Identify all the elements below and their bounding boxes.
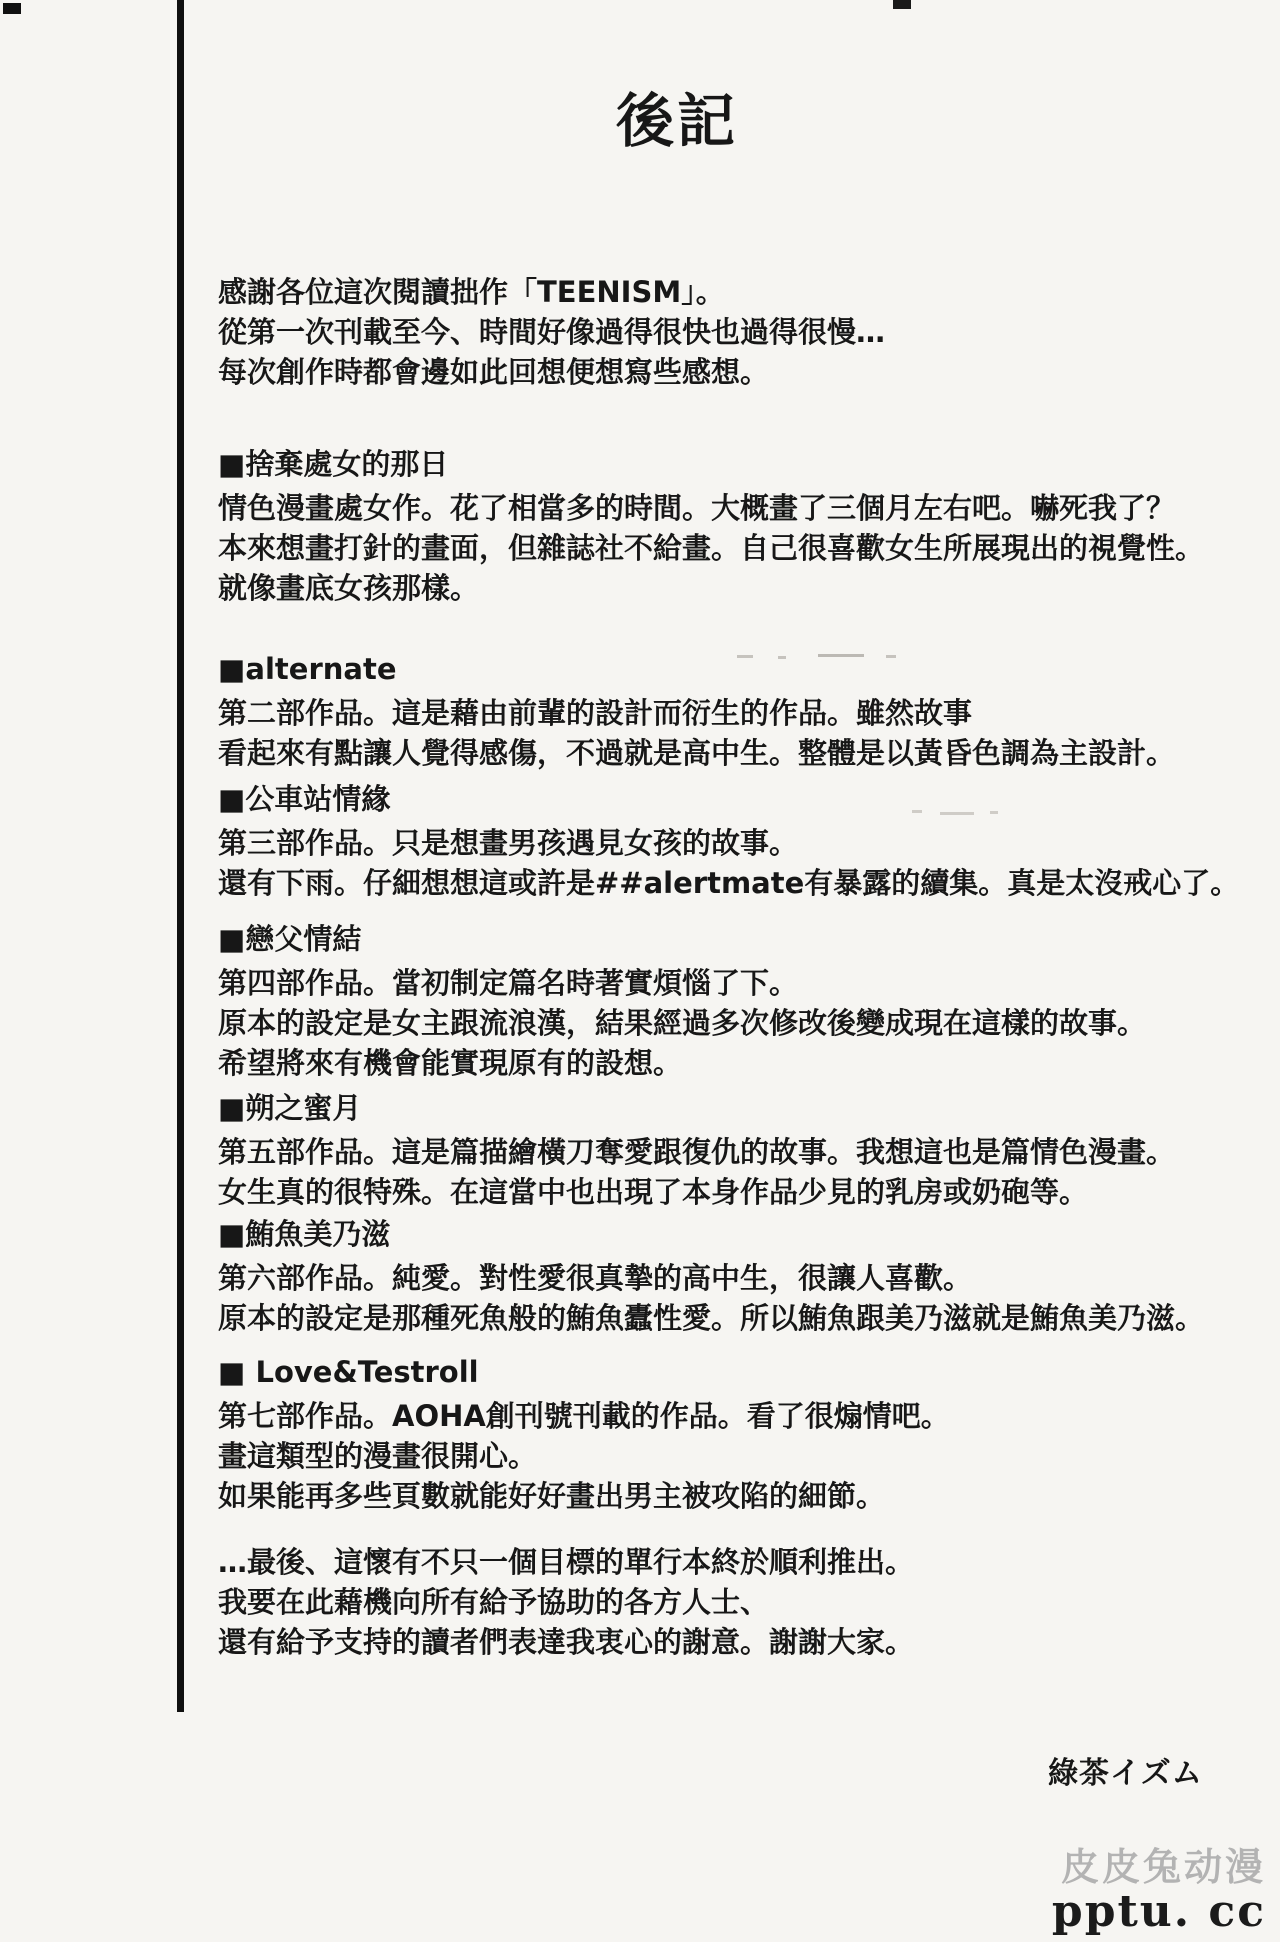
text-line: 如果能再多些頁數就能好好畫出男主被攻陷的細節。: [218, 1476, 950, 1516]
section-heading: ■鮪魚美乃滋: [218, 1214, 1204, 1254]
page-title: 後記: [616, 74, 738, 158]
text-line: 從第一次刊載至今、時間好像過得很快也過得很慢…: [218, 312, 885, 352]
text-line: 畫這類型的漫畫很開心。: [218, 1436, 950, 1476]
text-line: 第六部作品。純愛。對性愛很真摯的高中生，很讓人喜歡。: [218, 1258, 1204, 1298]
scan-artifact-top-left: [3, 3, 21, 14]
text-line: 我要在此藉機向所有給予協助的各方人士、: [218, 1582, 914, 1622]
scan-artifact-dash: [818, 654, 864, 657]
text-line: 第二部作品。這是藉由前輩的設計而衍生的作品。雖然故事: [218, 693, 1175, 733]
scan-artifact-dash: [990, 811, 998, 814]
author-signature: 綠茶イズム: [1048, 1748, 1203, 1792]
watermark-site-url: pptu. cc: [1052, 1889, 1266, 1935]
intro-paragraph: 感謝各位這次閱讀拙作「TEENISM」。 從第一次刊載至今、時間好像過得很快也過…: [218, 272, 885, 392]
scan-artifact-top-right: [893, 0, 911, 9]
text-line: 第三部作品。只是想畫男孩遇見女孩的故事。: [218, 823, 1239, 863]
text-line: 原本的設定是女主跟流浪漢，結果經過多次修改後變成現在這樣的故事。: [218, 1003, 1146, 1043]
text-line: 第五部作品。這是篇描繪橫刀奪愛跟復仇的故事。我想這也是篇情色漫畫。: [218, 1132, 1175, 1172]
afterword-page: 後記 感謝各位這次閱讀拙作「TEENISM」。 從第一次刊載至今、時間好像過得很…: [0, 0, 1280, 1942]
section-bus-stop-romance: ■公車站情緣 第三部作品。只是想畫男孩遇見女孩的故事。 還有下雨。仔細想想這或許…: [218, 779, 1239, 903]
section-discarding-virginity: ■捨棄處女的那日 情色漫畫處女作。花了相當多的時間。大概畫了三個月左右吧。嚇死我…: [218, 444, 1204, 608]
section-heading: ■朔之蜜月: [218, 1088, 1175, 1128]
scan-artifact-dash: [940, 812, 974, 815]
section-heading: ■ Love&Testroll: [218, 1352, 950, 1392]
section-love-and-testroll: ■ Love&Testroll 第七部作品。AOHA創刊號刊載的作品。看了很煽情…: [218, 1352, 950, 1516]
text-line: 第四部作品。當初制定篇名時著實煩惱了下。: [218, 963, 1146, 1003]
section-new-moon-honeymoon: ■朔之蜜月 第五部作品。這是篇描繪橫刀奪愛跟復仇的故事。我想這也是篇情色漫畫。 …: [218, 1088, 1175, 1212]
text-line: 原本的設定是那種死魚般的鮪魚蠹性愛。所以鮪魚跟美乃滋就是鮪魚美乃滋。: [218, 1298, 1204, 1338]
text-line: 看起來有點讓人覺得感傷，不過就是高中生。整體是以黃昏色調為主設計。: [218, 733, 1175, 773]
section-heading: ■捨棄處女的那日: [218, 444, 1204, 484]
scan-artifact-dash: [886, 655, 896, 658]
scan-artifact-dash: [778, 656, 786, 659]
text-line: 希望將來有機會能實現原有的設想。: [218, 1043, 1146, 1083]
text-line: 感謝各位這次閱讀拙作「TEENISM」。: [218, 272, 885, 312]
watermark: 皮皮兔动漫 pptu. cc: [1052, 1845, 1266, 1935]
section-alternate: ■alternate 第二部作品。這是藉由前輩的設計而衍生的作品。雖然故事 看起…: [218, 649, 1175, 773]
text-line: …最後、這懷有不只一個目標的單行本終於順利推出。: [218, 1542, 914, 1582]
section-heading: ■公車站情緣: [218, 779, 1239, 819]
watermark-site-name: 皮皮兔动漫: [1052, 1845, 1266, 1889]
section-heading: ■alternate: [218, 649, 1175, 689]
text-line: 每次創作時都會邊如此回想便想寫些感想。: [218, 352, 885, 392]
text-line: 還有下雨。仔細想想這或許是##alertmate有暴露的續集。真是太沒戒心了。: [218, 863, 1239, 903]
text-line: 本來想畫打針的畫面，但雜誌社不給畫。自己很喜歡女生所展現出的視覺性。: [218, 528, 1204, 568]
text-line: 女生真的很特殊。在這當中也出現了本身作品少見的乳房或奶砲等。: [218, 1172, 1175, 1212]
text-line: 還有給予支持的讀者們表達我衷心的謝意。謝謝大家。: [218, 1622, 914, 1662]
scan-artifact-dash: [737, 655, 753, 658]
page-border-line: [177, 0, 184, 1712]
scan-artifact-dash: [912, 810, 922, 813]
text-line: 情色漫畫處女作。花了相當多的時間。大概畫了三個月左右吧。嚇死我了？: [218, 488, 1204, 528]
text-line: 第七部作品。AOHA創刊號刊載的作品。看了很煽情吧。: [218, 1396, 950, 1436]
section-heading: ■戀父情結: [218, 919, 1146, 959]
section-father-complex: ■戀父情結 第四部作品。當初制定篇名時著實煩惱了下。 原本的設定是女主跟流浪漢，…: [218, 919, 1146, 1083]
text-line: 就像畫底女孩那樣。: [218, 568, 1204, 608]
closing-paragraph: …最後、這懷有不只一個目標的單行本終於順利推出。 我要在此藉機向所有給予協助的各…: [218, 1542, 914, 1662]
section-tuna-mayonnaise: ■鮪魚美乃滋 第六部作品。純愛。對性愛很真摯的高中生，很讓人喜歡。 原本的設定是…: [218, 1214, 1204, 1338]
